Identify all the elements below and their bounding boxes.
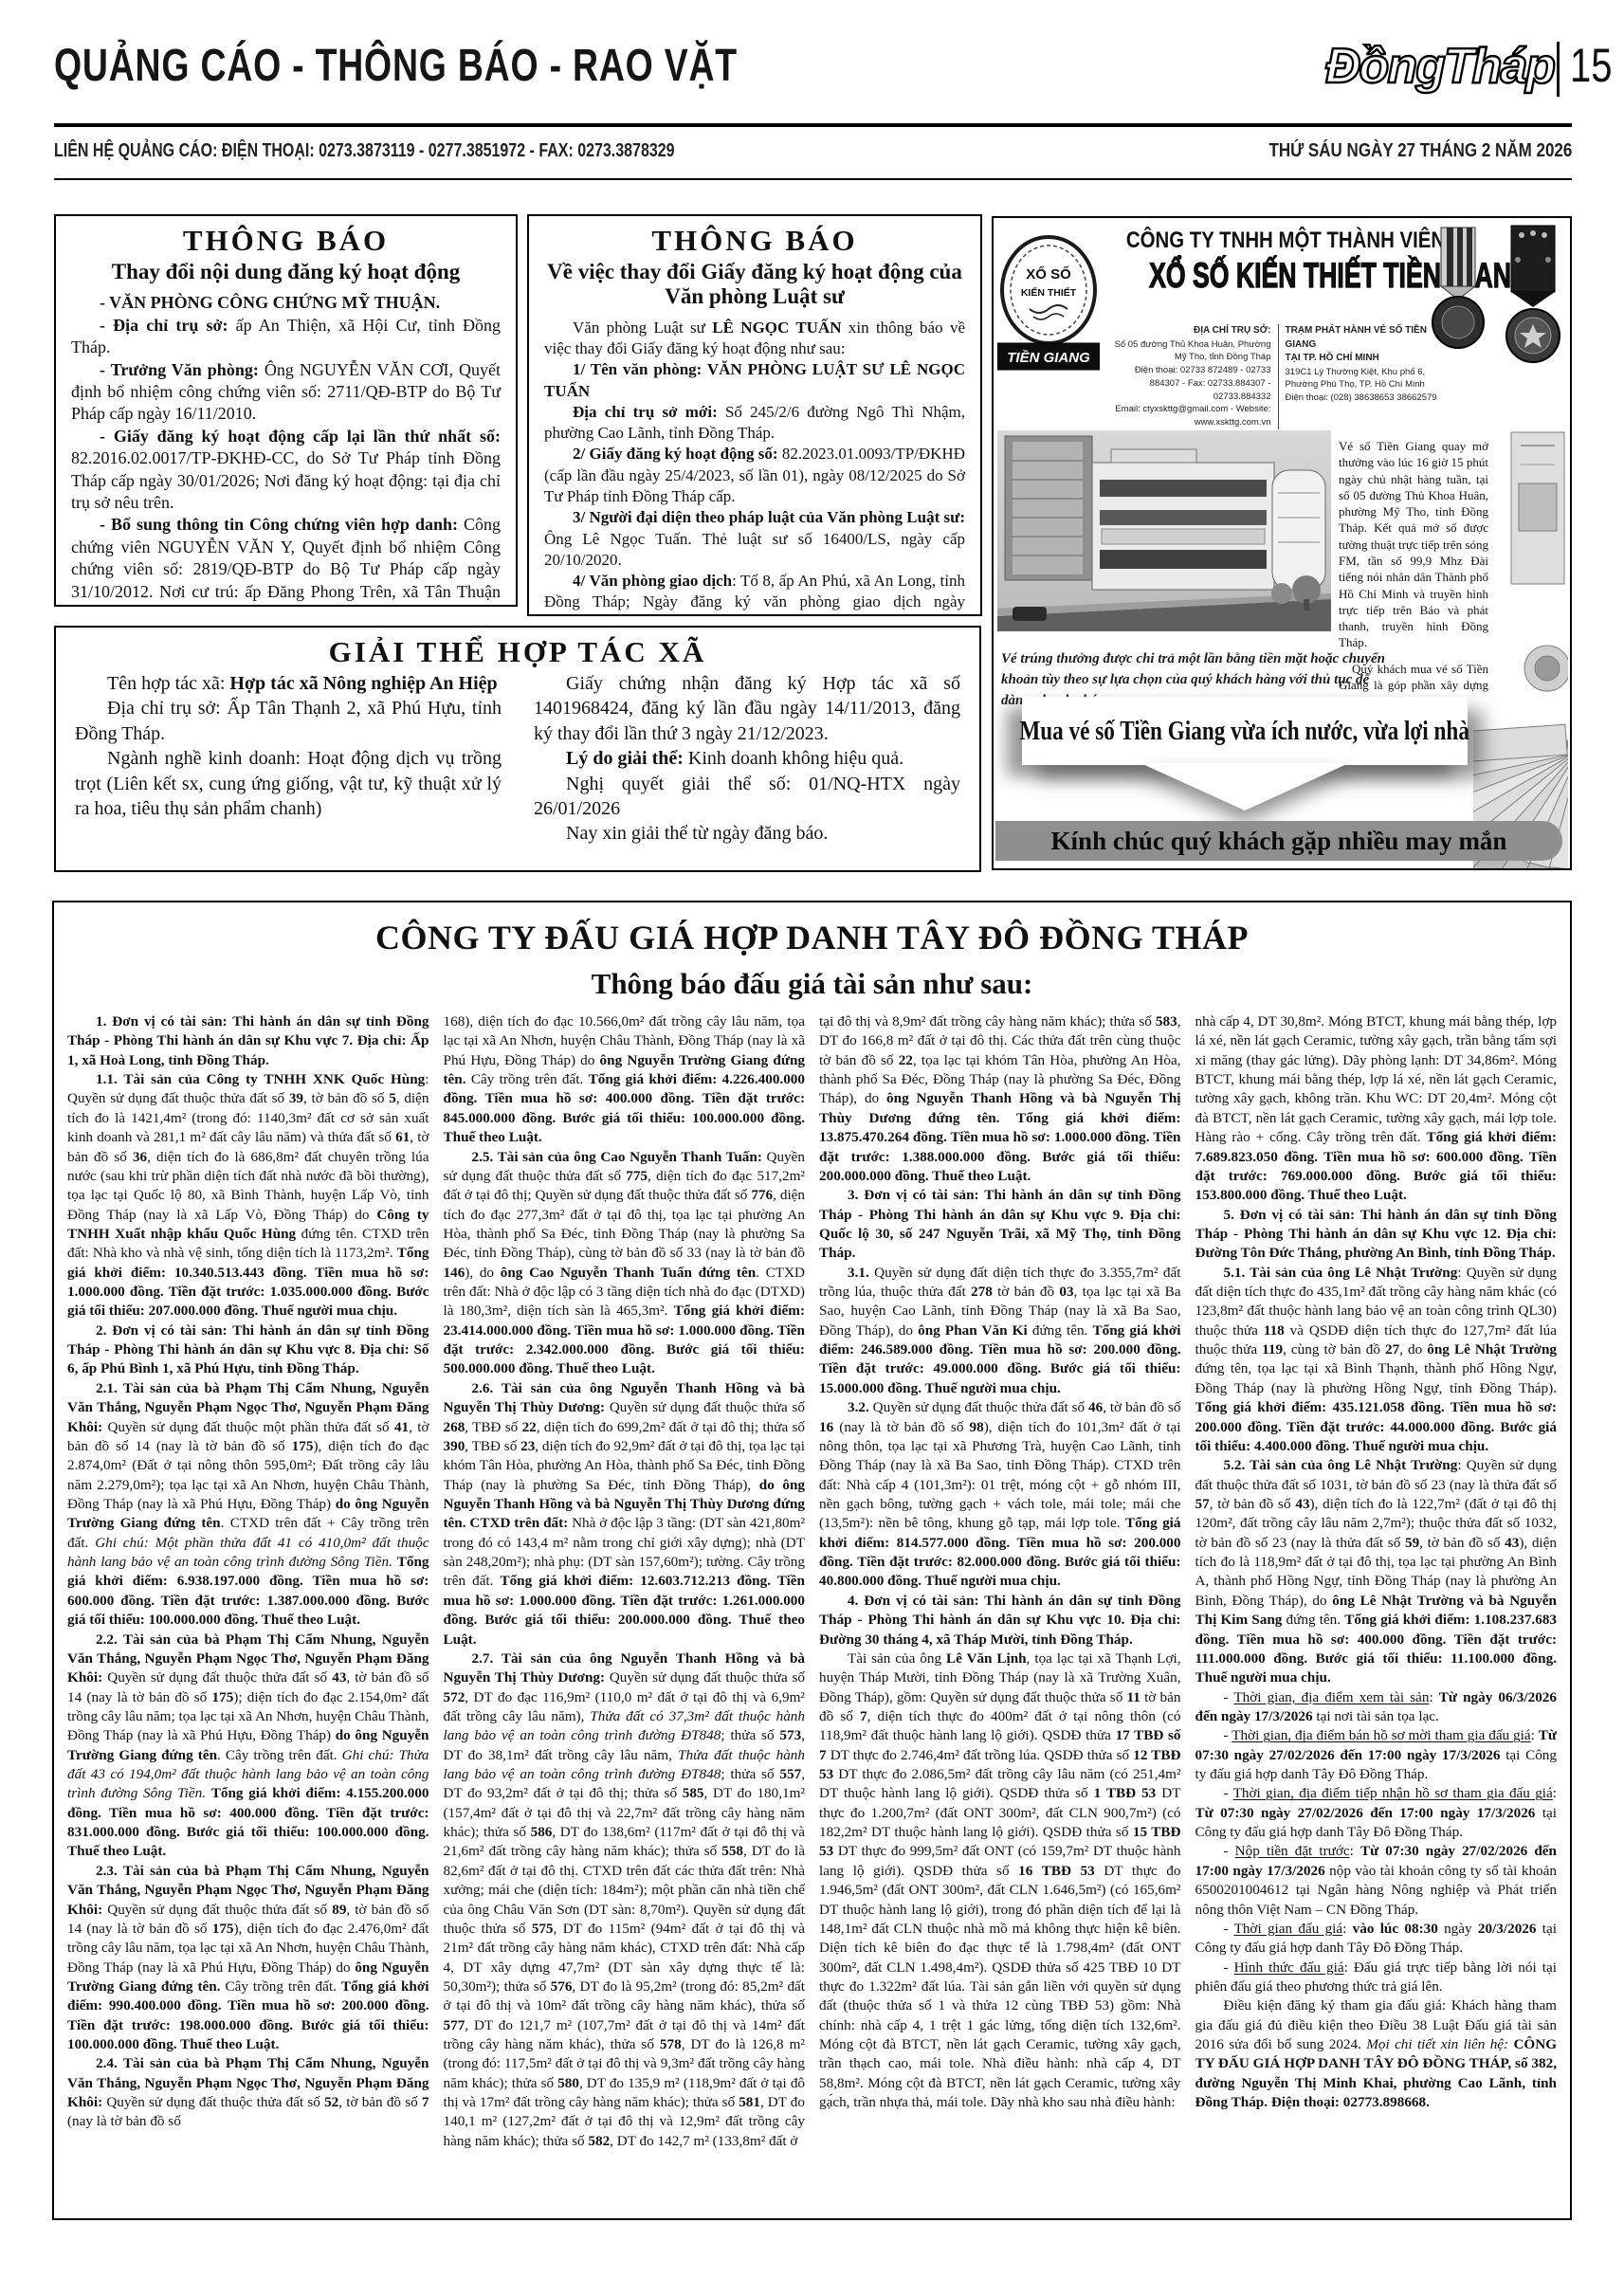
slogan-box: Mua vé số Tiền Giang vừa ích nước, vừa l…	[1022, 697, 1468, 765]
hq-line2: Điện thoại: 02733 872489 - 02733 884307 …	[1135, 365, 1271, 402]
notice-title: THÔNG BÁO	[56, 224, 516, 258]
paragraph: 4. Đơn vị có tài sản: Thi hành án dân sự…	[819, 1592, 1181, 1649]
dissolution-right-column: Giấy chứng nhận đăng ký Hợp tác xã số 14…	[534, 671, 960, 847]
auction-columns: 1. Đơn vị có tài sản: Thi hành án dân sự…	[54, 1001, 1570, 2209]
date-line: THỨ SÁU NGÀY 27 THÁNG 2 NĂM 2026	[1268, 140, 1572, 162]
newspaper-page: QUẢNG CÁO - THÔNG BÁO - RAO VẶT ĐồngTháp…	[0, 0, 1624, 2296]
paragraph: Địa chỉ trụ sở mới: Số 245/2/6 đường Ngô…	[544, 402, 965, 445]
auction-announcement-box: CÔNG TY ĐẤU GIÁ HỢP DANH TÂY ĐÔ ĐỒNG THÁ…	[52, 901, 1572, 2220]
paragraph: 2.5. Tài sản của ông Cao Nguyễn Thanh Tu…	[444, 1148, 806, 1379]
page-section-title: QUẢNG CÁO - THÔNG BÁO - RAO VẶT	[54, 40, 738, 92]
paragraph: 2.2. Tài sản của bà Phạm Thị Cẩm Nhung, …	[67, 1631, 429, 1862]
paragraph: 2. Đơn vị có tài sản: Thi hành án dân sự…	[67, 1321, 429, 1379]
company-addresses: ĐỊA CHỈ TRỤ SỞ: Số 05 đường Thủ Khoa Huâ…	[1104, 324, 1452, 429]
lottery-advertisement: XỔ SỐ KIẾN THIẾT TIỀN GIANG CÔNG TY TNHH…	[992, 216, 1572, 870]
auction-column-1: 1. Đơn vị có tài sản: Thi hành án dân sự…	[67, 1012, 429, 2209]
divider	[54, 123, 1572, 127]
paragraph: 1.1. Tài sản của Công ty TNHH XNK Quốc H…	[67, 1070, 429, 1321]
paragraph: 3.2. Quyền sử dụng đất thuộc thửa đất số…	[819, 1398, 1181, 1592]
svg-text:TIỀN GIANG: TIỀN GIANG	[1007, 350, 1090, 366]
branch-line2: Điện thoại: (028) 38638653 38662579	[1286, 392, 1437, 403]
branch-line1: 319C1 Lý Thường Kiệt, Khu phố 6, Phường …	[1286, 367, 1426, 391]
page-number: 15	[1570, 38, 1613, 93]
cooperative-dissolution-box: GIẢI THỂ HỢP TÁC XÃ Tên hợp tác xã: Hợp …	[54, 626, 981, 872]
newspaper-logo: ĐồngTháp	[1325, 38, 1554, 95]
paragraph: - Bổ sung thông tin Công chứng viên hợp …	[71, 514, 501, 607]
paragraph: - VĂN PHÒNG CÔNG CHỨNG MỸ THUẬN.	[71, 292, 501, 314]
paragraph: 2.3. Tài sản của bà Phạm Thị Cẩm Nhung, …	[67, 1862, 429, 2055]
medal-right	[1506, 226, 1560, 362]
paragraph: Lý do giải thể: Kinh doanh không hiệu qu…	[534, 746, 960, 771]
paragraph: 1. Đơn vị có tài sản: Thi hành án dân sự…	[67, 1012, 429, 1070]
svg-text:KIẾN THIẾT: KIẾN THIẾT	[1021, 286, 1077, 299]
notice-subtitle: Thay đổi nội dung đăng ký hoạt động	[67, 260, 504, 284]
paragraph: Văn phòng Luật sư LÊ NGỌC TUẤN xin thông…	[544, 318, 965, 360]
paragraph: Địa chỉ trụ sở: Ấp Tân Thạnh 2, xã Phú H…	[75, 696, 502, 746]
paragraph: Ngành nghề kinh doanh: Hoạt động dịch vụ…	[75, 746, 502, 821]
paragraph: tại đô thị và 8,9m² đất trồng cây hàng n…	[819, 1012, 1181, 1186]
divider	[1557, 42, 1560, 97]
lottery-company-logo: XỔ SỐ KIẾN THIẾT TIỀN GIANG	[997, 229, 1100, 379]
ad-description-paragraph-1: Vé số Tiền Giang quay mở thưởng vào lúc …	[1339, 438, 1488, 651]
auction-column-3: tại đô thị và 8,9m² đất trồng cây hàng n…	[819, 1012, 1181, 2209]
hq-label: ĐỊA CHỈ TRỤ SỞ:	[1194, 325, 1271, 336]
banner-arrow-shape	[1140, 763, 1349, 811]
paragraph: - Thời gian, địa điểm bán hồ sơ mời tham…	[1195, 1726, 1558, 1784]
company-name-line: XỔ SỐ KIẾN THIẾT TIỀN GIANG	[1149, 256, 1403, 296]
paragraph: Nay xin giải thể từ ngày đăng báo.	[534, 821, 960, 846]
dissolution-title: GIẢI THỂ HỢP TÁC XÃ	[56, 635, 979, 669]
contact-line: LIÊN HỆ QUẢNG CÁO: ĐIỆN THOẠI: 0273.3873…	[54, 140, 675, 162]
dissolution-body: Tên hợp tác xã: Hợp tác xã Nông nghiệp A…	[56, 669, 979, 847]
slogan-banner: Mua vé số Tiền Giang vừa ích nước, vừa l…	[1022, 697, 1477, 820]
paragraph: 3. Đơn vị có tài sản: Thi hành án dân sự…	[819, 1186, 1181, 1263]
paragraph: 5. Đơn vị có tài sản: Thi hành án dân sự…	[1195, 1206, 1558, 1264]
paragraph: Giấy chứng nhận đăng ký Hợp tác xã số 14…	[534, 671, 960, 746]
paragraph: - Thời gian đấu giá: vào lúc 08:30 ngày …	[1195, 1920, 1558, 1959]
paragraph: 2/ Giấy đăng ký hoạt động số: 82.2023.01…	[544, 444, 965, 507]
paragraph: - Địa chỉ trụ sở: ấp An Thiện, xã Hội Cư…	[71, 315, 501, 359]
paragraph: nhà cấp 4, DT 30,8m². Móng BTCT, khung m…	[1195, 1012, 1558, 1206]
paragraph: 3/ Người đại diện theo pháp luật của Văn…	[544, 507, 965, 571]
dissolution-left-column: Tên hợp tác xã: Hợp tác xã Nông nghiệp A…	[75, 671, 502, 847]
lottery-company-name: CÔNG TY TNHH MỘT THÀNH VIÊN XỔ SỐ KIẾN T…	[1100, 228, 1452, 296]
branch-address: TRẠM PHÁT HÀNH VÉ SỐ TIỀN GIANG TẠI TP. …	[1279, 324, 1453, 429]
slogan-text: Mua vé số Tiền Giang vừa ích nước, vừa l…	[1020, 716, 1470, 747]
branch-label2: TẠI TP. HỒ CHÍ MINH	[1286, 353, 1379, 363]
paragraph: 2.6. Tài sản của ông Nguyễn Thanh Hồng v…	[444, 1379, 806, 1649]
paragraph: Điều kiện đăng ký tham gia đấu giá: Khác…	[1195, 1996, 1558, 2112]
paragraph: - Hình thức đấu giá: Đấu giá trực tiếp b…	[1195, 1959, 1558, 1997]
company-building-photo	[997, 430, 1331, 631]
paragraph: 168), diện tích đo đạc 10.566,0m² đất tr…	[444, 1012, 806, 1148]
paragraph: 5.1. Tài sản của ông Lê Nhật Trường: Quy…	[1195, 1264, 1558, 1457]
notice-body: - VĂN PHÒNG CÔNG CHỨNG MỸ THUẬN.- Địa ch…	[56, 292, 516, 607]
paragraph: 5.2. Tài sản của ông Lê Nhật Trường: Quy…	[1195, 1456, 1558, 1687]
auction-column-4: nhà cấp 4, DT 30,8m². Móng BTCT, khung m…	[1195, 1012, 1558, 2209]
headquarters-address: ĐỊA CHỈ TRỤ SỞ: Số 05 đường Thủ Khoa Huâ…	[1104, 324, 1279, 429]
paragraph: 3.1. Quyền sử dụng đất diện tích thực đo…	[819, 1264, 1181, 1399]
paragraph: - Thời gian, địa điểm tiếp nhận hồ sơ th…	[1195, 1784, 1558, 1842]
company-type-line: CÔNG TY TNHH MỘT THÀNH VIÊN	[1126, 228, 1426, 254]
auction-company-title: CÔNG TY ĐẤU GIÁ HỢP DANH TÂY ĐÔ ĐỒNG THÁ…	[64, 918, 1560, 957]
notice-subtitle: Về việc thay đổi Giấy đăng ký hoạt động …	[540, 260, 969, 310]
divider	[54, 178, 1572, 180]
paragraph: - Thời gian, địa điểm xem tài sản: Từ ng…	[1195, 1688, 1558, 1727]
hq-line1: Số 05 đường Thủ Khoa Huân, Phường Mỹ Tho…	[1115, 339, 1271, 363]
notice-title: THÔNG BÁO	[529, 224, 980, 258]
lottery-tickets-image	[1473, 427, 1568, 870]
svg-text:XỔ SỐ: XỔ SỐ	[1026, 265, 1071, 282]
paragraph: - Giấy đăng ký hoạt động cấp lại lần thứ…	[71, 426, 501, 515]
wish-bar: Kính chúc quý khách gặp nhiều may mắn	[995, 821, 1562, 861]
paragraph: - Nộp tiền đặt trước: Từ 07:30 ngày 27/0…	[1195, 1842, 1558, 1919]
paragraph: Nghị quyết giải thể số: 01/NQ-HTX ngày 2…	[534, 772, 960, 822]
branch-label1: TRẠM PHÁT HÀNH VÉ SỐ TIỀN GIANG	[1286, 325, 1427, 350]
paragraph: - Trưởng Văn phòng: Ông NGUYỄN VĂN CƠI, …	[71, 359, 501, 426]
hq-line3: Email: ctyxskttg@gmail.com - Website: ww…	[1115, 404, 1270, 428]
paragraph: 2.7. Tài sản của ông Nguyễn Thanh Hồng v…	[444, 1649, 806, 2151]
notice-body: Văn phòng Luật sư LÊ NGỌC TUẤN xin thông…	[529, 318, 980, 616]
paragraph: 4/ Văn phòng giao dịch: Tổ 8, ấp An Phú,…	[544, 571, 965, 616]
notice-box-office-change: THÔNG BÁO Thay đổi nội dung đăng ký hoạt…	[54, 214, 518, 607]
auction-subtitle: Thông báo đấu giá tài sản như sau:	[54, 967, 1570, 1001]
paragraph: 2.1. Tài sản của bà Phạm Thị Cẩm Nhung, …	[67, 1379, 429, 1631]
paragraph: 2.4. Tài sản của bà Phạm Thị Cẩm Nhung, …	[67, 2054, 429, 2131]
auction-column-2: 168), diện tích đo đạc 10.566,0m² đất tr…	[444, 1012, 806, 2209]
wish-text: Kính chúc quý khách gặp nhiều may mắn	[1051, 827, 1507, 856]
paragraph: Tên hợp tác xã: Hợp tác xã Nông nghiệp A…	[75, 671, 502, 696]
notice-box-law-office: THÔNG BÁO Về việc thay đổi Giấy đăng ký …	[527, 214, 982, 616]
paragraph: Tài sản của ông Lê Văn Lịnh, tọa lạc tại…	[819, 1649, 1181, 2113]
paragraph: 1/ Tên văn phòng: VĂN PHÒNG LUẬT SƯ LÊ N…	[544, 359, 965, 402]
